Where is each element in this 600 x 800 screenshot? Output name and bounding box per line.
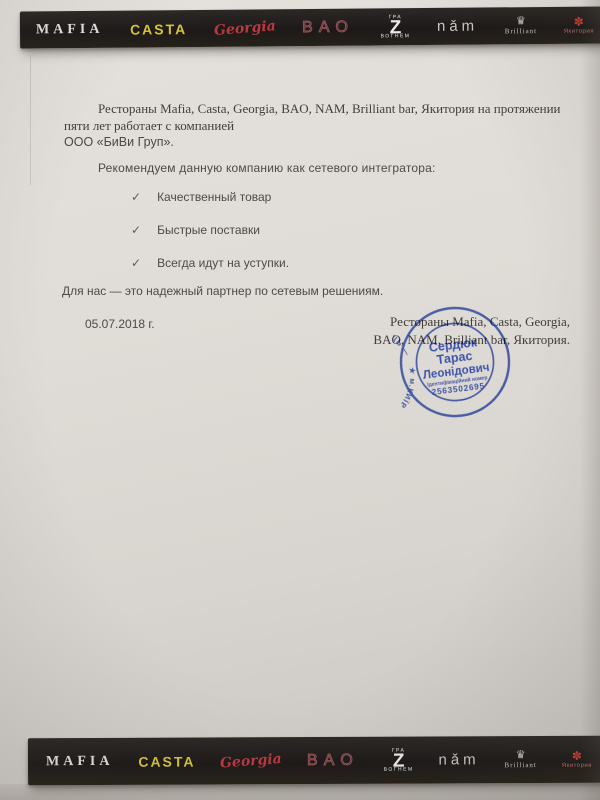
yakitoriya-label: Якитория: [564, 29, 594, 35]
gvz-bottom-text: ВОГНЕМ: [381, 34, 411, 39]
georgia-logo: Georgia: [220, 752, 283, 771]
brilliant-logo: ♛ Brilliant: [504, 750, 536, 769]
brilliant-label: Brilliant: [505, 28, 537, 35]
brilliant-logo: ♛ Brilliant: [505, 16, 538, 35]
bao-logo: BAO: [302, 19, 354, 35]
paragraph-conclusion: Для нас — это надежный партнер по сетевы…: [62, 284, 383, 298]
letter-date: 05.07.2018 г.: [85, 317, 155, 331]
mafia-logo: MAFIA: [36, 22, 104, 37]
paragraph-recommendation: Рекомендуем данную компанию как сетевого…: [98, 161, 436, 175]
crown-icon: ♛: [516, 16, 526, 27]
list-item: ✓ Всегда идут на уступки.: [131, 256, 289, 270]
flower-icon: ✽: [574, 16, 584, 28]
stamp-seal: ★ м.КИЇВ ★ УКРАЇНА ★ ФІЗИЧНА ОСОБА — ПІД…: [390, 297, 519, 426]
bullet-text: Быстрые поставки: [157, 223, 260, 237]
gra-z-vognem-logo: ГРА Z ВОГНЕМ: [384, 748, 414, 772]
list-item: ✓ Быстрые поставки: [131, 223, 289, 237]
mafia-logo: MAFIA: [46, 754, 113, 768]
flower-icon: ✽: [572, 750, 582, 762]
gra-z-vognem-logo: ГРА Z ВОГНЕМ: [380, 15, 410, 39]
intro-line-1: Рестораны Mafia, Casta, Georgia, BAO, NA…: [64, 101, 564, 118]
intro-line-2: пяти лет работает с компанией: [64, 118, 564, 135]
checkmark-icon: ✓: [131, 223, 141, 237]
checkmark-icon: ✓: [131, 190, 141, 204]
casta-logo: CASTA: [138, 754, 195, 768]
georgia-logo: Georgia: [213, 19, 276, 38]
bullet-list: ✓ Качественный товар ✓ Быстрые поставки …: [131, 190, 289, 289]
yakitoriya-logo: ✽ Якитория: [564, 16, 594, 35]
intro-line-3: ООО «БиВи Груп».: [64, 134, 564, 151]
bao-logo: BAO: [307, 752, 359, 768]
crown-icon: ♛: [516, 750, 526, 761]
logo-banner-bottom: MAFIA CASTA Georgia BAO ГРА Z ВОГНЕМ nǎm…: [28, 736, 600, 786]
round-stamp: ★ м.КИЇВ ★ УКРАЇНА ★ ФІЗИЧНА ОСОБА — ПІД…: [390, 297, 519, 426]
bullet-text: Всегда идут на уступки.: [157, 256, 289, 270]
paper-crease: [30, 55, 31, 185]
nam-logo: nǎm: [437, 19, 478, 34]
checkmark-icon: ✓: [131, 256, 141, 270]
paragraph-intro: Рестораны Mafia, Casta, Georgia, BAO, NA…: [64, 101, 564, 151]
logo-banner-top: MAFIA CASTA Georgia BAO ГРА Z ВОГНЕМ nǎm…: [20, 6, 600, 48]
yakitoriya-label: Якитория: [562, 763, 592, 769]
list-item: ✓ Качественный товар: [131, 190, 289, 204]
nam-logo: nǎm: [438, 752, 479, 767]
casta-logo: CASTA: [130, 22, 187, 36]
bullet-text: Качественный товар: [157, 190, 271, 204]
brilliant-label: Brilliant: [505, 762, 537, 769]
gvz-bottom-text: ВОГНЕМ: [384, 767, 414, 772]
yakitoriya-logo: ✽ Якитория: [562, 750, 592, 769]
